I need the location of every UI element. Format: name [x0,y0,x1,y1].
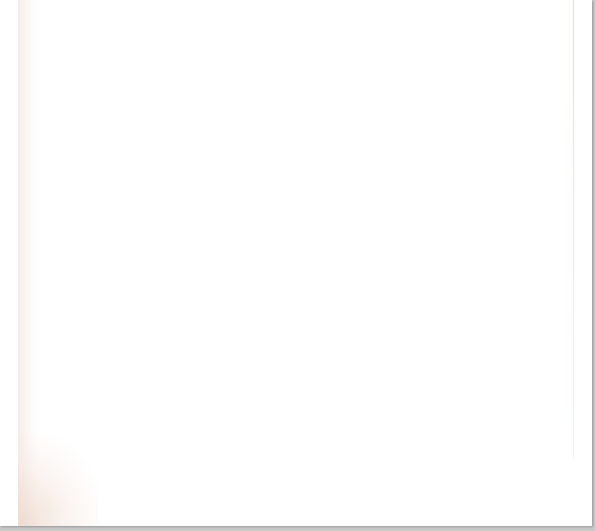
document-page [0,0,592,526]
paper-stain-corner [18,436,98,526]
paper-fold-line [573,0,574,460]
